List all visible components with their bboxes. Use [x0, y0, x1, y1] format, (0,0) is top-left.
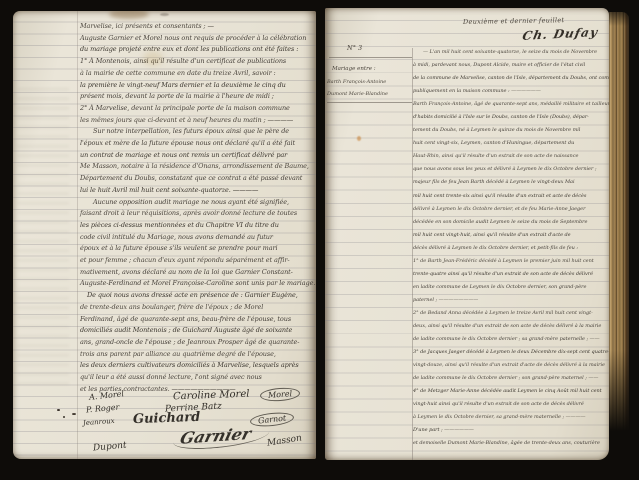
manuscript-line: Auguste-Ferdinand et Morel Françoise-Car…	[80, 278, 312, 290]
sheet-header-note: Deuxième et dernier feuillet	[463, 16, 564, 26]
ink-bleed-ghost	[17, 81, 69, 391]
manuscript-line: les mêmes jours que ci-devant et à neuf …	[80, 115, 312, 127]
ink-speck	[63, 416, 65, 418]
manuscript-line: Auguste Garnier et Morel nous ont requis…	[80, 33, 312, 45]
manuscript-line: l'époux et mère de la future épouse nous…	[80, 138, 312, 150]
manuscript-line: la première le vingt-neuf Mars dernier e…	[80, 80, 312, 92]
scan-background: Marvelise, ici présents et consentants ;…	[0, 0, 639, 480]
manuscript-line: Me Masson, notaire à la résidence d'Onan…	[80, 161, 312, 173]
manuscript-line: que nous avons sous les yeux et délivré …	[413, 163, 607, 176]
manuscript-line: à midi, pardevant nous, Dupont Alcide, m…	[413, 59, 607, 72]
margin-bride-name: Dumont Marie-Blandine	[327, 91, 388, 97]
manuscript-line: en ladite commune de Leymen le dix Octob…	[413, 281, 607, 294]
manuscript-line: Aucune opposition audit mariage ne nous …	[80, 197, 312, 209]
paper-stain	[357, 136, 361, 141]
margin-rule	[77, 11, 78, 459]
manuscript-line: trois ans parent par alliance au quatriè…	[80, 349, 312, 361]
manuscript-line: Ferdinand, âgé de quarante-sept ans, bea…	[80, 314, 312, 326]
manuscript-line: faisant droit à leur réquisitions, après…	[80, 208, 312, 220]
signature-witness-2: P. Roger	[86, 403, 120, 415]
manuscript-line: mil huit cent vingt-huit, ainsi qu'il ré…	[413, 229, 607, 242]
manuscript-line: mil huit cent trente-six ainsi qu'il rés…	[413, 190, 607, 203]
signature-garnier-groom: Garnier	[171, 423, 271, 451]
manuscript-line: mativement, avons déclaré au nom de la l…	[80, 267, 312, 279]
manuscript-line: — L'an mil huit cent soixante-quatorze, …	[413, 46, 607, 59]
manuscript-line: Sur notre interpellation, les futurs épo…	[80, 126, 312, 138]
margin-groom-name: Barth François-Antoine	[327, 79, 386, 85]
margin-separator	[327, 102, 412, 103]
manuscript-line: époux et à la future épouse s'ils veulen…	[80, 243, 312, 255]
manuscript-line: 1° de Barth Jean-Frédéric décédé à Leyme…	[413, 255, 607, 268]
signature-dupont-mayor: Dupont	[93, 441, 127, 454]
left-page-text: Marvelise, ici présents et consentants ;…	[80, 21, 312, 396]
manuscript-line: vingt-huit ainsi qu'il résulte d'un extr…	[413, 398, 607, 411]
signature-witness-3: Jeanroux	[83, 417, 115, 427]
right-page: Deuxième et dernier feuillet Ch. Dufay N…	[325, 8, 609, 460]
manuscript-line: ans, grand-oncle de l'épouse ; de Jeanro…	[80, 337, 312, 349]
signature-guichard: Guichard	[133, 410, 201, 427]
manuscript-line: de trente-deux ans boulanger, frère de l…	[80, 302, 312, 314]
signature-caroline-morel: Caroline Morel	[173, 389, 250, 403]
manuscript-line: Haut-Rhin, ainsi qu'il résulte d'un extr…	[413, 150, 607, 163]
manuscript-line: deux, ainsi qu'il résulte d'un extrait d…	[413, 320, 607, 333]
manuscript-line: un contrat de mariage et nous ont remis …	[80, 150, 312, 162]
manuscript-line: décès délivré à Leymen le dix Octobre de…	[413, 242, 607, 255]
manuscript-line: du mariage projeté entre eux et dont les…	[80, 44, 312, 56]
manuscript-line: décédée en son domicile audit Leymen le …	[413, 216, 607, 229]
manuscript-line: de la commune de Marvelise, canton de l'…	[413, 72, 607, 85]
paper-stain	[160, 13, 169, 16]
manuscript-line: lui le huit Avril mil huit cent soixante…	[80, 185, 312, 197]
manuscript-line: à la mairie de cette commune en date du …	[80, 68, 312, 80]
manuscript-line: d'habits domicilié à l'Isle sur le Doubs…	[413, 111, 607, 124]
page-stack-shadow	[609, 350, 629, 440]
ink-speck	[72, 413, 76, 415]
manuscript-line: vingt-douze, ainsi qu'il résulte d'un ex…	[413, 359, 607, 372]
manuscript-line: délivré à Leymen le dix Octobre dernier,…	[413, 203, 607, 216]
manuscript-line: publiquement en la maison commune : ————…	[413, 85, 607, 98]
right-page-text: — L'an mil huit cent soixante-quatorze, …	[413, 46, 607, 450]
signature-masson: Masson	[266, 433, 302, 448]
manuscript-line: domiciliés audit Montenois ; de Guichard…	[80, 325, 312, 337]
manuscript-line: les deux derniers cultivateurs domicilié…	[80, 360, 312, 372]
manuscript-line: 1° À Montenois, ainsi qu'il résulte d'un…	[80, 56, 312, 68]
manuscript-line: Département du Doubs, constatant que ce …	[80, 173, 312, 185]
manuscript-line: 2° À Marvelise, devant la principale por…	[80, 103, 312, 115]
manuscript-line: de ladite commune le dix Octobre dernier…	[413, 333, 607, 346]
margin-separator	[329, 57, 412, 58]
manuscript-line: Marvelise, ici présents et consentants ;…	[80, 21, 312, 33]
manuscript-line: trente-quatre ainsi qu'il résulte d'un e…	[413, 268, 607, 281]
manuscript-line: qu'il leur a été aussi donné lecture, l'…	[80, 372, 312, 384]
manuscript-line: huit cent vingt-six, Leymen, canton d'Hu…	[413, 137, 607, 150]
manuscript-line: tement du Doubs, né à Leymen le quinze d…	[413, 124, 607, 137]
manuscript-line: présent mois, devant la porte de la mair…	[80, 91, 312, 103]
manuscript-line: les pièces ci-dessus mentionnées et du C…	[80, 220, 312, 232]
manuscript-line: code civil intitulé du Mariage, nous avo…	[80, 232, 312, 244]
manuscript-line: 2° de Bedand Anna décédée à Leymen le tr…	[413, 307, 607, 320]
manuscript-line: majeur fils de feu Jean Barth décédé à L…	[413, 176, 607, 189]
manuscript-line: paternel ; ————————	[413, 294, 607, 307]
page-stack-edge	[609, 12, 629, 440]
clerk-signature: Ch. Dufay	[521, 25, 599, 43]
left-page: Marvelise, ici présents et consentants ;…	[13, 11, 316, 459]
margin-marriage-label: Mariage entre :	[332, 66, 376, 72]
manuscript-line: à Leymen le dix Octobre dernier, sa gran…	[413, 411, 607, 424]
manuscript-line: Barth François-Antoine, âgé de quarante-…	[413, 98, 607, 111]
paper-stain	[109, 11, 149, 19]
manuscript-line: et pour femme ; chacun d'eux ayant répon…	[80, 255, 312, 267]
manuscript-line: et demoiselle Dumont Marie-Blandine, âgé…	[413, 437, 607, 450]
page-stack-shadow	[609, 12, 629, 26]
manuscript-line: D'une part ; ——————	[413, 424, 607, 437]
ink-speck	[57, 409, 60, 411]
manuscript-line: de ladite commune le dix Octobre dernier…	[413, 372, 607, 385]
manuscript-line: 4° de Metzger Marie-Anne décédée audit L…	[413, 385, 607, 398]
manuscript-line: De quoi nous avons dressé acte en présen…	[80, 290, 312, 302]
margin-act-number: N° 3	[347, 44, 362, 52]
manuscript-line: 3° de Jacques Jaeger décédé à Leymen le …	[413, 346, 607, 359]
